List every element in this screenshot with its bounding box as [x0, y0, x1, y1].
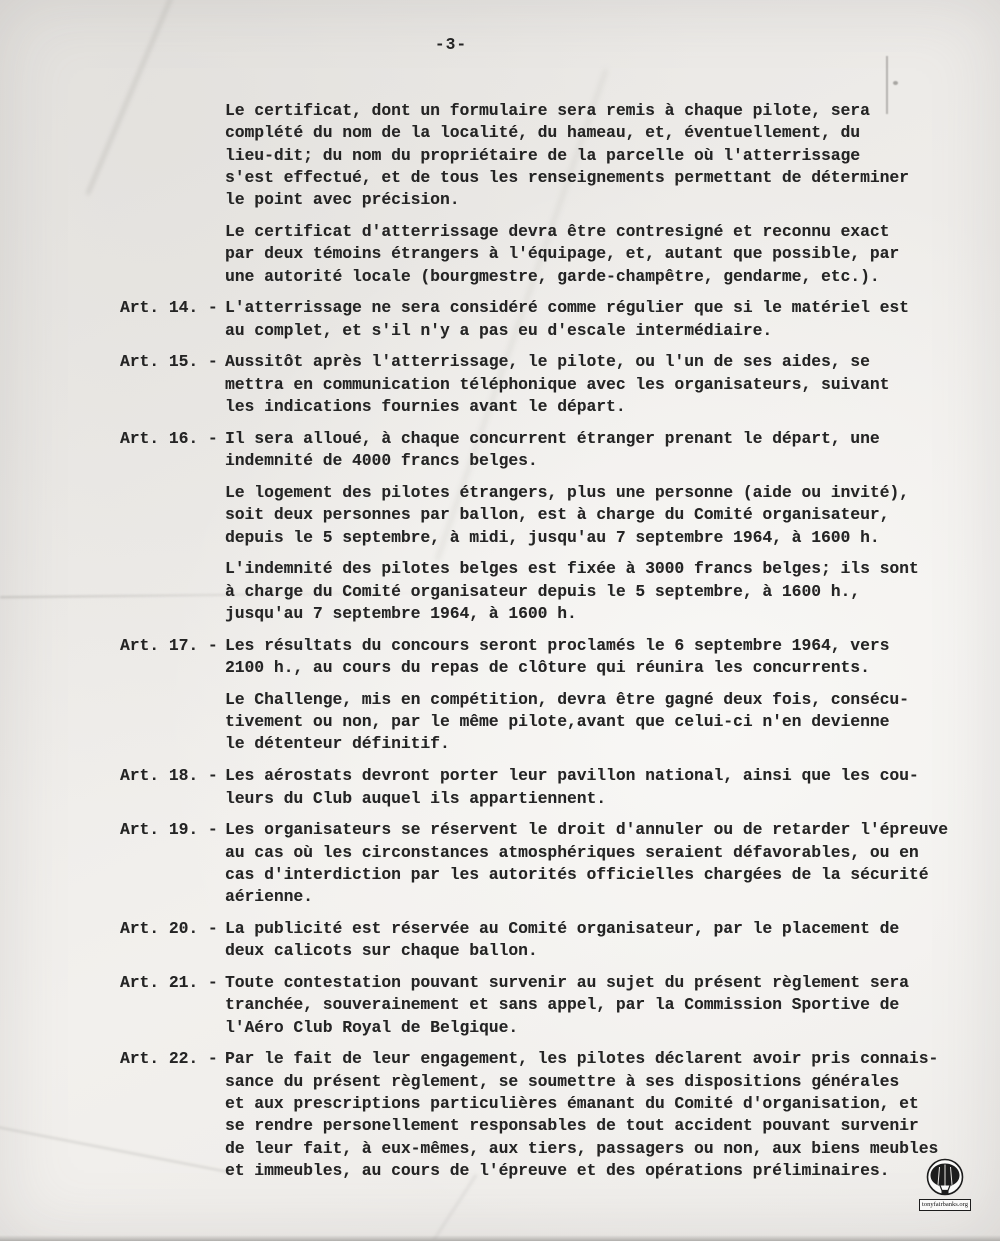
- paragraph: Le certificat d'atterrissage devra être …: [120, 221, 960, 288]
- paragraph: Art. 15. - Aussitôt après l'atterrissage…: [120, 351, 960, 418]
- paragraph: Le logement des pilotes étrangers, plus …: [120, 482, 960, 549]
- paragraph-text: Il sera alloué, à chaque concurrent étra…: [225, 428, 960, 473]
- article-label: [120, 100, 225, 211]
- paragraph: Art. 20. - La publicité est réservée au …: [120, 918, 960, 963]
- paragraph-text: L'atterrissage ne sera considéré comme r…: [225, 297, 960, 342]
- article-label: Art. 18. -: [120, 765, 225, 810]
- paragraph-text: Les organisateurs se réservent le droit …: [225, 819, 960, 908]
- paragraph-text: Le certificat d'atterrissage devra être …: [225, 221, 960, 288]
- paragraph: L'indemnité des pilotes belges est fixée…: [120, 558, 960, 625]
- watermark-logo: tonyfairbanks.org: [912, 1158, 978, 1211]
- article-label: [120, 689, 225, 756]
- document-body: Le certificat, dont un formulaire sera r…: [0, 0, 1000, 1192]
- article-label: Art. 14. -: [120, 297, 225, 342]
- article-label: Art. 16. -: [120, 428, 225, 473]
- watermark-text: tonyfairbanks.org: [919, 1199, 971, 1211]
- paragraph-text: Les aérostats devront porter leur pavill…: [225, 765, 960, 810]
- paragraph: Art. 16. - Il sera alloué, à chaque conc…: [120, 428, 960, 473]
- hot-air-balloon-icon: [919, 1158, 971, 1198]
- paragraph-text: Toute contestation pouvant survenir au s…: [225, 972, 960, 1039]
- page-bottom-edge: [0, 1235, 1000, 1241]
- article-label: Art. 22. -: [120, 1048, 225, 1182]
- article-label: Art. 21. -: [120, 972, 225, 1039]
- scanned-page: -3- Le certificat, dont un formulaire se…: [0, 0, 1000, 1241]
- paragraph-text: L'indemnité des pilotes belges est fixée…: [225, 558, 960, 625]
- paragraph: Le Challenge, mis en compétition, devra …: [120, 689, 960, 756]
- article-label: [120, 558, 225, 625]
- paragraph: Art. 22. - Par le fait de leur engagemen…: [120, 1048, 960, 1182]
- article-label: Art. 15. -: [120, 351, 225, 418]
- article-label: [120, 482, 225, 549]
- paragraph-text: Les résultats du concours seront proclam…: [225, 635, 960, 680]
- article-label: Art. 17. -: [120, 635, 225, 680]
- article-label: Art. 20. -: [120, 918, 225, 963]
- paragraph: Art. 19. - Les organisateurs se réserven…: [120, 819, 960, 908]
- article-label: [120, 221, 225, 288]
- paragraph-text: Le certificat, dont un formulaire sera r…: [225, 100, 960, 211]
- paragraph-text: Par le fait de leur engagement, les pilo…: [225, 1048, 960, 1182]
- paragraph: Art. 14. - L'atterrissage ne sera consid…: [120, 297, 960, 342]
- paragraph-text: Le Challenge, mis en compétition, devra …: [225, 689, 960, 756]
- paragraph-text: La publicité est réservée au Comité orga…: [225, 918, 960, 963]
- paragraph: Art. 17. - Les résultats du concours ser…: [120, 635, 960, 680]
- article-label: Art. 19. -: [120, 819, 225, 908]
- paragraph: Art. 21. - Toute contestation pouvant su…: [120, 972, 960, 1039]
- paragraph-text: Aussitôt après l'atterrissage, le pilote…: [225, 351, 960, 418]
- paragraph: Art. 18. - Les aérostats devront porter …: [120, 765, 960, 810]
- paragraph: Le certificat, dont un formulaire sera r…: [120, 100, 960, 211]
- paragraph-text: Le logement des pilotes étrangers, plus …: [225, 482, 960, 549]
